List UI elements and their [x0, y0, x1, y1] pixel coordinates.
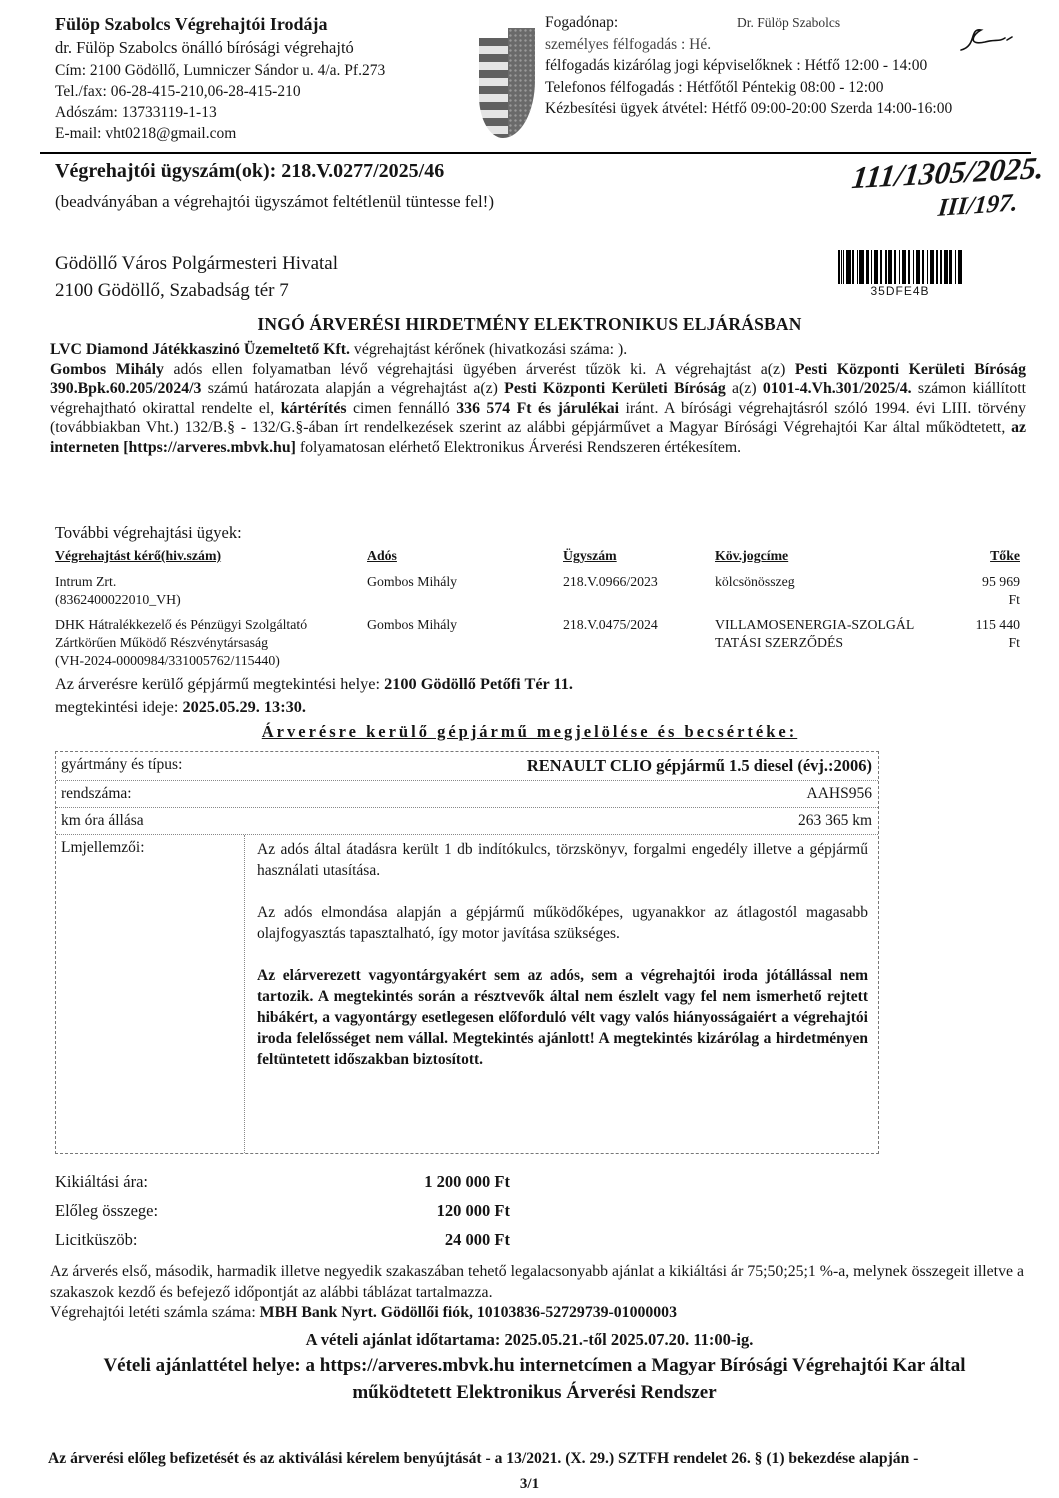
barcode-block: 35DFE4B	[838, 250, 962, 298]
col-header-principal: Tőke	[969, 547, 1020, 565]
bailiff-name: dr. Fülöp Szabolcs önálló bírósági végre…	[55, 36, 475, 60]
office-phone: Tel./fax: 06-28-415-210,06-28-415-210	[55, 81, 475, 102]
vehicle-odometer-label: km óra állása	[56, 808, 244, 834]
further-cases-heading: További végrehajtási ügyek:	[55, 523, 242, 543]
addressee-block: Gödöllő Város Polgármesteri Hivatal 2100…	[55, 250, 338, 304]
price-block: Kikiáltási ára: 1 200 000 Ft Előleg össz…	[55, 1172, 510, 1259]
bid-threshold-row: Licitküszöb: 24 000 Ft	[55, 1230, 510, 1250]
cell-claim: VILLAMOSENERGIA-SZOLGÁL TATÁSI SZERZŐDÉS	[715, 616, 965, 670]
cell-debtor: Gombos Mihály	[367, 573, 559, 609]
col-header-case-no: Ügyszám	[563, 547, 711, 565]
further-cases-table: Végrehajtást kérő(hiv.szám) Adós Ügyszám…	[55, 547, 1020, 677]
office-header: Fülöp Szabolcs Végrehajtói Irodája dr. F…	[55, 12, 475, 144]
table-row: Intrum Zrt. (8362400022010_VH) Gombos Mi…	[55, 573, 1020, 609]
viewing-location-line: Az árverésre kerülő gépjármű megtekintés…	[55, 672, 573, 695]
cell-case-no: 218.V.0966/2023	[563, 573, 711, 609]
page-number: 3/1	[0, 1476, 1059, 1493]
vehicle-features-row: Lmjellemzői: Az adós által átadásra kerü…	[56, 835, 878, 1153]
vehicle-odometer-row: km óra állása 263 365 km	[56, 808, 878, 835]
starting-price-label: Kikiáltási ára:	[55, 1172, 360, 1192]
starting-price-row: Kikiáltási ára: 1 200 000 Ft	[55, 1172, 510, 1192]
bid-threshold-value: 24 000 Ft	[360, 1230, 510, 1250]
col-header-claim: Köv.jogcíme	[715, 547, 965, 565]
further-cases-header-row: Végrehajtást kérő(hiv.szám) Adós Ügyszám…	[55, 547, 1020, 565]
offer-period-line: A vételi ajánlat időtartama: 2025.05.21.…	[0, 1330, 1059, 1350]
vehicle-features-label: Lmjellemzői:	[56, 835, 244, 1153]
case-number-note: (beadványában a végrehajtói ügyszámot fe…	[55, 192, 494, 212]
cell-debtor: Gombos Mihály	[367, 616, 559, 670]
cell-creditor: Intrum Zrt. (8362400022010_VH)	[55, 573, 363, 609]
bailiff-name-small: Dr. Fülöp Szabolcs	[737, 12, 840, 34]
vehicle-odometer-value: 263 365 km	[244, 808, 878, 834]
header-divider	[40, 152, 1031, 154]
feature-paragraph-disclaimer: Az elárverezett vagyontárgyakért sem az …	[257, 965, 868, 1070]
office-email: E-mail: vht0218@gmail.com	[55, 123, 475, 144]
cell-case-no: 218.V.0475/2024	[563, 616, 711, 670]
cell-principal: 115 440 Ft	[969, 616, 1020, 670]
scanned-auction-notice-page: Fülöp Szabolcs Végrehajtói Irodája dr. F…	[0, 0, 1059, 1498]
document-title: INGÓ ÁRVERÉSI HIRDETMÉNY ELEKTRONIKUS EL…	[0, 314, 1059, 335]
signature-scribble	[947, 20, 1017, 60]
vehicle-make-label: gyártmány és típus:	[56, 752, 244, 780]
feature-paragraph-condition: Az adós elmondása alapján a gépjármű műk…	[257, 902, 868, 944]
vehicle-section-heading: Árverésre kerülő gépjármű megjelölése és…	[0, 722, 1059, 742]
bid-threshold-label: Licitküszöb:	[55, 1230, 360, 1250]
deposit-account-line: Végrehajtói letéti számla száma: MBH Ban…	[50, 1303, 1024, 1324]
vehicle-make-value: RENAULT CLIO gépjármű 1.5 diesel (évj.:2…	[244, 752, 878, 780]
viewing-info: Az árverésre kerülő gépjármű megtekintés…	[55, 672, 573, 718]
handwritten-page-ref: III/197.	[937, 189, 1020, 223]
case-number-heading: Végrehajtói ügyszám(ok): 218.V.0277/2025…	[55, 160, 444, 183]
barcode	[838, 250, 962, 284]
office-tax-id: Adószám: 13733119-1-13	[55, 102, 475, 123]
footer-note: Az árverési előleg befizetését és az akt…	[48, 1450, 1024, 1468]
vehicle-table: gyártmány és típus: RENAULT CLIO gépjárm…	[55, 751, 879, 1154]
col-header-creditor: Végrehajtást kérő(hiv.szám)	[55, 547, 363, 565]
intro-paragraph: LVC Diamond Játékkaszinó Üzemeltető Kft.…	[50, 340, 1026, 458]
office-address: Cím: 2100 Gödöllő, Lumniczer Sándor u. 4…	[55, 60, 475, 81]
table-row: DHK Hátralékkezelő és Pénzügyi Szolgálta…	[55, 616, 1020, 670]
cell-principal: 95 969 Ft	[969, 573, 1020, 609]
feature-paragraph-keys: Az adós által átadásra került 1 db indít…	[257, 839, 868, 881]
coat-of-arms-icon	[479, 28, 535, 138]
addressee-address: 2100 Gödöllő, Szabadság tér 7	[55, 277, 338, 304]
deposit-value: 120 000 Ft	[360, 1201, 510, 1221]
office-name: Fülöp Szabolcs Végrehajtói Irodája	[55, 12, 475, 36]
cell-claim: kölcsönösszeg	[715, 573, 965, 609]
vehicle-plate-label: rendszáma:	[56, 781, 244, 807]
auction-stage-info: Az árverés első, második, harmadik illet…	[50, 1262, 1024, 1324]
starting-price-value: 1 200 000 Ft	[360, 1172, 510, 1192]
vehicle-make-row: gyártmány és típus: RENAULT CLIO gépjárm…	[56, 752, 878, 781]
vehicle-plate-value: AAHS956	[244, 781, 878, 807]
offer-place-line: Vételi ajánlattétel helye: a https://arv…	[55, 1352, 1014, 1406]
col-header-debtor: Adós	[367, 547, 559, 565]
vehicle-plate-row: rendszáma: AAHS956	[56, 781, 878, 808]
reception-line-delivery: Kézbesítési ügyek átvétel: Hétfő 09:00-2…	[545, 98, 1025, 120]
vehicle-features-text: Az adós által átadásra került 1 db indít…	[244, 835, 878, 1153]
reception-line-phone: Telefonos félfogadás : Hétfőtől Péntekig…	[545, 77, 1025, 99]
deposit-label: Előleg összege:	[55, 1201, 360, 1221]
stage-paragraph: Az árverés első, második, harmadik illet…	[50, 1262, 1024, 1303]
viewing-time-line: megtekintési ideje: 2025.05.29. 13:30.	[55, 695, 573, 718]
deposit-row: Előleg összege: 120 000 Ft	[55, 1201, 510, 1221]
cell-creditor: DHK Hátralékkezelő és Pénzügyi Szolgálta…	[55, 616, 363, 670]
addressee-name: Gödöllő Város Polgármesteri Hivatal	[55, 250, 338, 277]
barcode-text: 35DFE4B	[838, 284, 962, 298]
